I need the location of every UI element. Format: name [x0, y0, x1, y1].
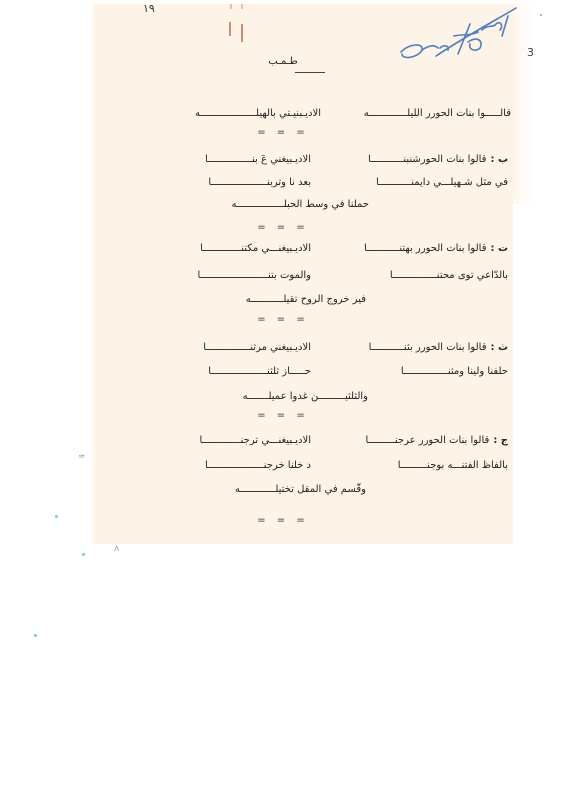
stain-mark [241, 24, 243, 42]
smudge-mark: ≈ [78, 452, 86, 462]
stanza-t-refrain: فير خروج الروح تقيلـــــــــــه [246, 294, 366, 305]
stanza-j-line-1-left: الاديـبيغنـــي ترجنـــــــــــــا [200, 435, 311, 446]
stanza-t-line-2-left: والموت بتنـــــــــــــــــــــــا [198, 270, 311, 281]
stanza-label: ت : [490, 243, 508, 254]
separator: = = = [0, 127, 566, 138]
stanza-j-line-2-right: بالفاظ الفتنـــه بوجنـــــــــا [398, 460, 508, 471]
scan-speck [82, 553, 85, 556]
stanza-th-line-1-right: ث :قالوا بنات الحورر بثنـــــــــــا [369, 342, 508, 353]
stain-mark [229, 22, 231, 36]
stanza-label: ج : [493, 435, 508, 446]
closing-separator: = = = [0, 515, 566, 526]
scan-speck [34, 634, 37, 637]
stanza-b-line-1-left: الاديـبيغني عَ بنـــــــــــــــا [205, 154, 311, 165]
stanza-b-refrain: حملنا في وسط الحبلــــــــــــــــه [231, 199, 369, 210]
stain-mark [230, 4, 232, 9]
smudge-mark: ʌ [114, 544, 119, 554]
stanza-b-line-2-left: بعد نا وتربنـــــــــــــــــــا [208, 177, 311, 188]
stanza-b-line-1-right: ب :قالوا بنات الحورشنبنـــــــــــا [368, 154, 508, 165]
stanza-t-line-2-right: بالدّاعي توى محتنـــــــــــــــا [390, 270, 508, 281]
stain-mark [241, 4, 243, 9]
stanza-j-line-2-left: د خلنا خرجنـــــــــــــــــــا [205, 460, 311, 471]
stanza-t-line-1-left: الاديـبيغنـــي مكتنـــــــــــــا [200, 243, 311, 254]
opening-left-hemistich: الاديـبنيـتي بالهيلـــــــــــــــــــه [195, 108, 321, 119]
separator: = = = [0, 410, 566, 421]
folio-number: ١٩ [143, 2, 155, 15]
stanza-th-line-1-left: الاديـبيغني مرثنـــــــــــــــا [203, 342, 311, 353]
opening-right-hemistich: قالـــــوا بنات الحورر الليلــــــــــــ… [364, 108, 511, 119]
stanza-label: ث : [490, 342, 508, 353]
document-title: طـمـب [0, 56, 566, 67]
stanza-j-refrain: وقّسم في المقل تختيلــــــــــــه [235, 484, 366, 495]
stanza-th-line-2-right: حلفنا ولينا ومثنـــــــــــــــا [401, 366, 508, 377]
scan-speck [540, 14, 542, 16]
scan-speck [55, 515, 58, 518]
title-underline [295, 72, 325, 73]
stanza-b-line-2-right: في مثل شـهيلـــي دايمنـــــــــــا [376, 177, 508, 188]
stanza-t-line-1-right: ت :قالوا بنات الحورر بهتنـــــــــــا [364, 243, 508, 254]
stanza-th-line-2-left: حـــــاز ثلثنـــــــــــــــــــا [208, 366, 311, 377]
separator: = = = [0, 314, 566, 325]
stanza-label: ب : [490, 154, 508, 165]
stanza-j-line-1-right: ج :قالوا بنات الحورر عرجنـــــــــا [365, 435, 508, 446]
separator: = = = [0, 222, 566, 233]
stanza-th-refrain: والثلثيـــــــــن غدوا عميلـــــــه [243, 391, 368, 402]
